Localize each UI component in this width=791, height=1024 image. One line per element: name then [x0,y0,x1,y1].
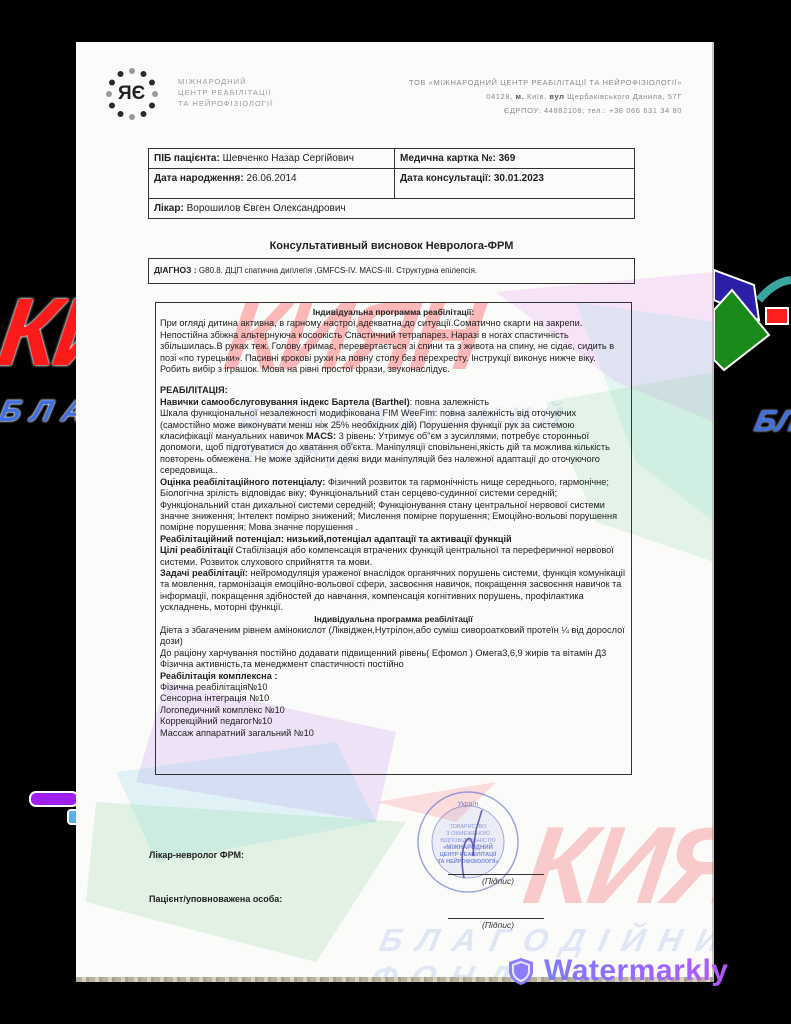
potential-assessment: Оцінка реабілітаційного потенціалу: Фізи… [160,477,627,534]
svg-text:«МІЖНАРОДНИЙ: «МІЖНАРОДНИЙ [443,843,493,851]
rehab-goals: Цілі реабілітації Стабілізація або компе… [160,545,627,568]
watermarkly-text: Watermarkly [544,954,728,988]
complex-item: Логопедичний комплекс №10 [160,705,627,716]
diagnosis-value: G80.8. ДЦП спатична диплегія ,GMFCS-IV. … [199,266,477,275]
patient-signature-note: (Підпис) [482,920,514,930]
organization-name: ТОВ «МІЖНАРОДНИЙ ЦЕНТР РЕАБІЛІТАЦІЇ ТА Н… [409,76,682,90]
logo-caption-line: МІЖНАРОДНИЙ [178,76,273,87]
doctor-cell: Лікар: Ворошилов Євген Олександрович [149,199,635,219]
program-heading-2: Індивідуальна программа реабілітації [160,614,627,625]
logo-caption-line: ЦЕНТР РЕАБІЛІТАЦІЇ [178,87,273,98]
charity-logo-shapes-right [714,260,791,400]
patient-signature-line [448,918,544,919]
doctor-signature-label: Лікар-невролог ФРМ: [149,850,244,860]
complex-item: Сенсорна інтеграція №10 [160,693,627,704]
diet-line-1: Діета з збагаченим рівнем амінокислот (Л… [160,625,627,648]
rehab-heading: РЕАБІЛІТАЦІЯ: [160,385,627,396]
fim-text: Шкала функціональної незалежності модифі… [160,408,627,476]
logo-caption: МІЖНАРОДНИЙ ЦЕНТР РЕАБІЛІТАЦІЇ ТА НЕЙРОФ… [178,76,273,109]
rehab-tasks: Задачі реабілітації: нейромодуляція ураж… [160,568,627,614]
medical-card-cell: Медична картка №: 369 [395,149,635,169]
stamp-top-text: Україн [458,801,479,808]
doctor-signature-note: (Підпис) [482,876,514,886]
shield-icon [506,956,536,986]
svg-text:ЦЕНТР РЕАБІЛІТАЦІЇ: ЦЕНТР РЕАБІЛІТАЦІЇ [440,851,497,858]
doctor-signature-line [448,874,544,875]
document-page: КИЯН БЛАГОДІЙНИЙ ФОНД КИЯН БЛАГОДІЙНИЙ Ф… [76,42,714,982]
consultation-date-cell: Дата консультації: 30.01.2023 [395,169,635,199]
svg-text:З ОБМЕЖЕНОЮ: З ОБМЕЖЕНОЮ [446,831,490,837]
logo-monogram: ЯЄ [118,83,145,105]
activity-line: Фізична активність,та менеджмент спастич… [160,659,627,670]
patient-name-cell: ПІБ пацієнта: Шевченко Назар Сергійович [149,149,395,169]
complex-heading: Реабілітація комплексна : [160,671,627,682]
patient-signature-label: Пацієнт/уповноважена особа: [149,894,282,904]
logo-caption-line: ТА НЕЙРОФІЗІОЛОГІЇ [178,98,273,109]
rehab-program-box: Індивідуальна программа реабілітації: Пр… [155,302,632,775]
svg-text:ТОВАРИСТВО: ТОВАРИСТВО [449,824,487,830]
organization-address: 04128, м. Київ, вул Щербаківського Данил… [409,90,682,104]
program-heading: Індивідуальна программа реабілітації: [160,307,627,318]
complex-item: Фізична реабілітація№10 [160,682,627,693]
barthel-line: Навички самообслуговування індекс Бартел… [160,397,627,408]
diagnosis-box: ДІАГНОЗ : G80.8. ДЦП спатична диплегія ,… [148,258,635,284]
organization-info: ТОВ «МІЖНАРОДНИЙ ЦЕНТР РЕАБІЛІТАЦІЇ ТА Н… [409,76,682,118]
clinic-logo: ЯЄ [106,68,158,120]
document-title: Консультативный висновок Невролога-ФРМ [148,240,635,252]
svg-text:ТА НЕЙРОФІЗІОЛОГІЇ»: ТА НЕЙРОФІЗІОЛОГІЇ» [438,857,499,865]
diet-line-2: До раціону харчування постійно додавати … [160,648,627,659]
complex-item: Коррекційний педагог№10 [160,716,627,727]
birth-date-cell: Дата народження: 26.06.2014 [149,169,395,199]
charity-logo-swoosh-left [28,790,78,830]
complex-item: Массаж аппаратний загальний №10 [160,728,627,739]
potential-summary: Реабілітаційний потенціал: низький,потен… [160,534,627,545]
exam-text: При огляді дитина активна, в гарному нас… [160,318,627,375]
diagnosis-label: ДІАГНОЗ : [154,265,197,275]
patient-info-table: ПІБ пацієнта: Шевченко Назар Сергійович … [148,148,635,219]
watermarkly-badge: Watermarkly [506,954,728,988]
charity-logo-sub-right: БЛ [751,405,791,439]
organization-registry: ЄДРПОУ: 44882108; тел.: +38 066 631 34 8… [409,104,682,118]
